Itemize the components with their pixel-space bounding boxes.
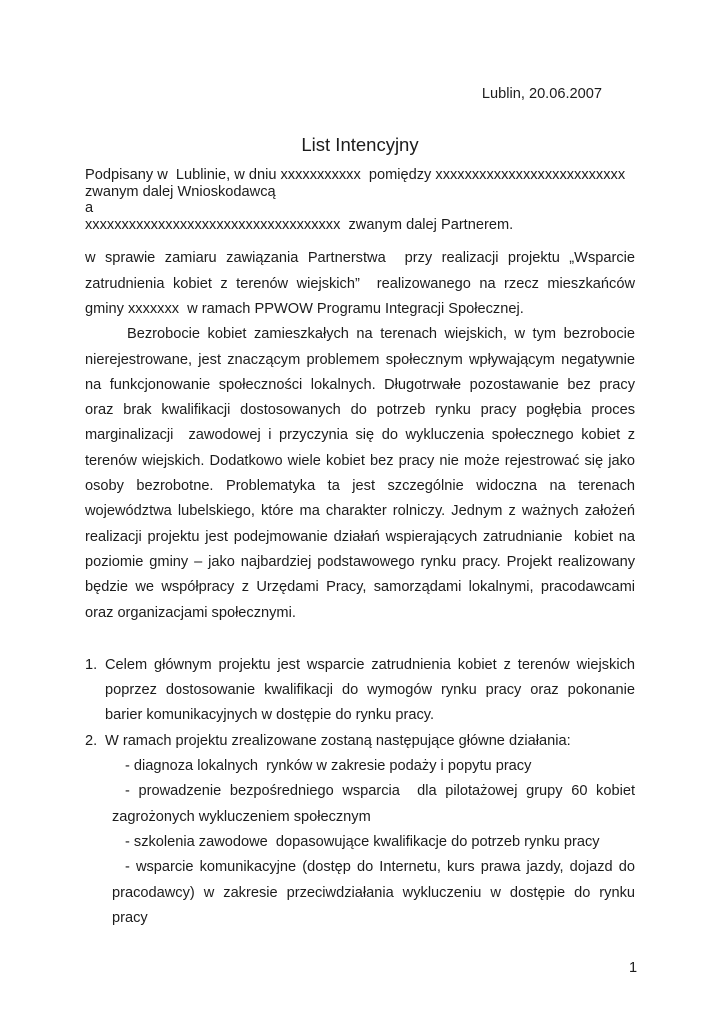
intro-paragraph: Podpisany w Lublinie, w dniu xxxxxxxxxxx… [85,167,635,233]
numbered-list: 1. Celem głównym projektu jest wsparcie … [85,653,635,931]
intro-line-parties: Podpisany w Lublinie, w dniu xxxxxxxxxxx… [85,167,635,184]
paragraph-project-purpose: w sprawie zamiaru zawiązania Partnerstwa… [85,246,635,322]
date-line: Lublin, 20.06.2007 [85,86,635,103]
dash-sub-list: - diagnoza lokalnych rynków w zakresie p… [85,754,635,931]
document-content: Lublin, 20.06.2007 List Intencyjny Podpi… [85,0,635,931]
dash-item-diagnosis: - diagnoza lokalnych rynków w zakresie p… [85,754,635,779]
document-page: Lublin, 20.06.2007 List Intencyjny Podpi… [0,0,724,1024]
intro-line-partner: xxxxxxxxxxxxxxxxxxxxxxxxxxxxxxxxxxx zwan… [85,217,635,234]
intro-line-applicant: zwanym dalej Wnioskodawcą [85,184,635,201]
page-number: 1 [629,960,637,977]
list-item-1-text: Celem głównym projektu jest wsparcie zat… [105,653,635,729]
dash-item-direct-support: - prowadzenie bezpośredniego wsparcia dl… [85,779,635,830]
dash-item-communication-support: - wsparcie komunikacyjne (dostęp do Inte… [85,855,635,931]
paragraph-unemployment-context: Bezrobocie kobiet zamieszkałych na teren… [85,322,635,626]
document-title: List Intencyjny [85,134,635,155]
list-item-2-text: W ramach projektu zrealizowane zostaną n… [105,729,635,754]
numbered-list-item-1: 1. Celem głównym projektu jest wsparcie … [85,653,635,729]
list-number-2: 2. [85,729,97,754]
intro-line-and: a [85,200,635,217]
numbered-list-item-2: 2. W ramach projektu zrealizowane zostan… [85,729,635,754]
dash-item-trainings: - szkolenia zawodowe dopasowujące kwalif… [85,830,635,855]
list-number-1: 1. [85,653,97,678]
